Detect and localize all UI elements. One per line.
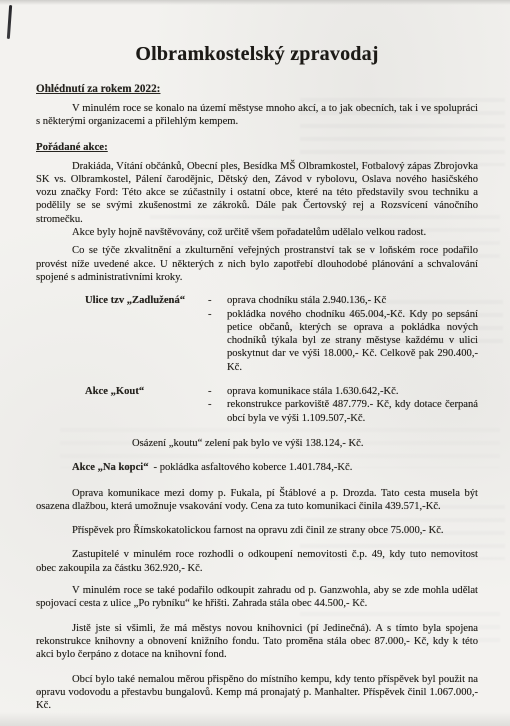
list-item: - oprava chodníku stála 2.940.136,- Kč bbox=[208, 294, 478, 307]
kemp-paragraph: Obcí bylo také nemalou měrou přispěno do… bbox=[36, 673, 478, 713]
entry-item-text: oprava chodníku stála 2.940.136,- Kč bbox=[227, 294, 478, 307]
zastupitele-paragraph: Zastupitelé v minulém roce rozhodli o od… bbox=[36, 548, 478, 575]
dash-bullet: - bbox=[208, 385, 227, 398]
entry-item-text: pokládka nového chodníku 465.004,-Kč. Kd… bbox=[227, 308, 478, 374]
entry-items: - oprava chodníku stála 2.940.136,- Kč -… bbox=[208, 294, 478, 374]
prispevek-paragraph: Příspěvek pro Římskokatolickou farnost n… bbox=[36, 524, 478, 537]
zahrada-paragraph: V minulém roce se také podařilo odkoupit… bbox=[36, 584, 478, 611]
entry-items: - oprava komunikace stála 1.630.642,-Kč.… bbox=[208, 385, 478, 425]
dash-bullet: - bbox=[208, 398, 227, 425]
entry-item-text: oprava komunikace stála 1.630.642,-Kč. bbox=[227, 385, 478, 398]
attendance-paragraph: Akce byly hojně navštěvovány, což určitě… bbox=[36, 226, 478, 239]
intro-paragraph: V minulém roce se konalo na území městys… bbox=[36, 102, 478, 129]
nakopci-line: Akce „Na kopci“- pokládka asfaltového ko… bbox=[36, 461, 478, 474]
entry-item-text: rekonstrukce parkoviště 487.779.- Kč, kd… bbox=[227, 398, 478, 425]
nakopci-text: - pokládka asfaltového koberce 1.401.784… bbox=[154, 462, 353, 473]
expense-entry-kout: Akce „Kout“ - oprava komunikace stála 1.… bbox=[36, 385, 478, 425]
expense-entry-zadluzena: Ulice tzv „Zadlužená“ - oprava chodníku … bbox=[36, 294, 478, 374]
entry-label-kout: Akce „Kout“ bbox=[85, 385, 208, 398]
newsletter-document: Olbramkostelský zpravodaj Ohlédnutí za r… bbox=[0, 0, 510, 726]
dash-bullet: - bbox=[208, 308, 227, 374]
section-heading-review: Ohlédnutí za rokem 2022: bbox=[36, 82, 478, 96]
events-paragraph: Drakiáda, Vítání občánků, Obecní ples, B… bbox=[36, 160, 478, 226]
knihovna-paragraph: Jistě jste si všimli, že má městys novou… bbox=[36, 622, 478, 662]
entry-label-zadluzena: Ulice tzv „Zadlužená“ bbox=[85, 294, 208, 307]
list-item: - rekonstrukce parkoviště 487.779.- Kč, … bbox=[208, 398, 478, 425]
dash-bullet: - bbox=[208, 294, 227, 307]
list-item: - pokládka nového chodníku 465.004,-Kč. … bbox=[208, 308, 478, 374]
section-heading-events: Pořádané akce: bbox=[36, 140, 478, 154]
document-title: Olbramkostelský zpravodaj bbox=[36, 42, 478, 67]
scanned-page: Olbramkostelský zpravodaj Ohlédnutí za r… bbox=[0, 0, 510, 726]
improvements-paragraph: Co se týče zkvalitnění a zkulturnění veř… bbox=[36, 244, 478, 284]
nakopci-label: Akce „Na kopci“ bbox=[72, 462, 149, 473]
list-item: - oprava komunikace stála 1.630.642,-Kč. bbox=[208, 385, 478, 398]
oprava-paragraph: Oprava komunikace mezi domy p. Fukala, p… bbox=[36, 487, 478, 514]
osazeni-line: Osázení „koutu“ zelení pak bylo ve výši … bbox=[132, 437, 478, 450]
